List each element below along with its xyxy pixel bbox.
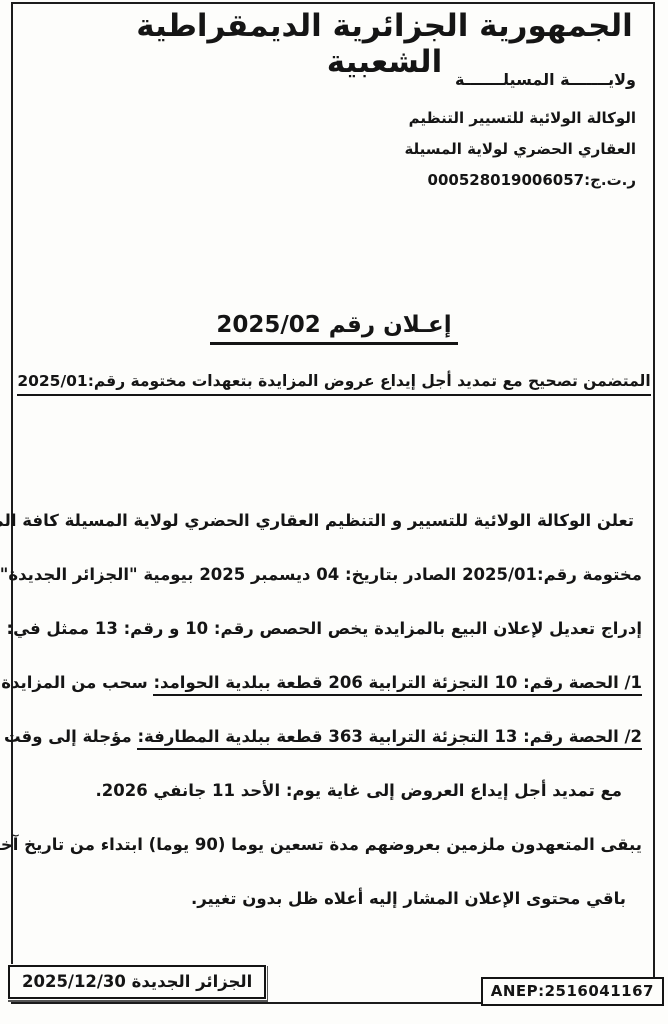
list-item-2-rest: مؤجلة إلى وقت لاحق. xyxy=(0,727,137,746)
body-closing-line-3: باقي محتوى الإعلان المشار إليه أعلاه ظل … xyxy=(24,872,642,926)
list-item-1-underlined: 1/ الحصة رقم: 10 التجزئة الترابية 206 قط… xyxy=(153,673,642,696)
announcement-subtitle-text: المتضمن تصحيح مع تمديد أجل إيداع عروض ال… xyxy=(17,372,650,396)
announcement-title-text: إعـلان رقم 2025/02 xyxy=(210,312,457,345)
body-intro-line-3: إدراج تعديل لإعلان البيع بالمزايدة يخص ا… xyxy=(24,602,642,656)
agency-name-line-1: الوكالة الولائية للتسيير التنظيم xyxy=(404,103,636,134)
newspaper-date-box: الجزائر الجديدة 2025/12/30 xyxy=(8,965,266,999)
list-item-2: 2/ الحصة رقم: 13 التجزئة الترابية 363 قط… xyxy=(24,710,642,764)
document-page: الجمهورية الجزائرية الديمقراطية الشعبية … xyxy=(0,0,668,1024)
body-intro-line-2: مختومة رقم:2025/01 الصادر بتاريخ: 04 ديس… xyxy=(24,548,642,602)
agency-block: ولايـــــــة المسيلـــــــة الوكالة الول… xyxy=(404,70,636,196)
announcement-title: إعـلان رقم 2025/02 xyxy=(0,312,668,338)
list-item-1: 1/ الحصة رقم: 10 التجزئة الترابية 206 قط… xyxy=(24,656,642,710)
body-closing-line-1: مع تمديد أجل إيداع العروض إلى غاية يوم: … xyxy=(24,764,642,818)
anep-number-box: ANEP:2516041167 xyxy=(481,977,664,1006)
body-closing-line-2: يبقى المتعهدون ملزمين بعروضهم مدة تسعين … xyxy=(24,818,642,872)
body-text: تعلن الوكالة الولائية للتسيير و التنظيم … xyxy=(24,494,642,926)
list-item-1-rest: سحب من المزايدة القطعة رقم: 20 بالمجمع C… xyxy=(0,673,153,692)
body-intro-line-1: تعلن الوكالة الولائية للتسيير و التنظيم … xyxy=(24,494,642,548)
agency-wilaya: ولايـــــــة المسيلـــــــة xyxy=(404,70,636,89)
agency-name-line-2: العقاري الحضري لولاية المسيلة xyxy=(404,134,636,165)
announcement-subtitle: المتضمن تصحيح مع تمديد أجل إيداع عروض ال… xyxy=(0,372,668,390)
list-item-2-underlined: 2/ الحصة رقم: 13 التجزئة الترابية 363 قط… xyxy=(137,727,642,750)
agency-registry-number: ر.ت.ج:000528019006057 xyxy=(404,165,636,196)
